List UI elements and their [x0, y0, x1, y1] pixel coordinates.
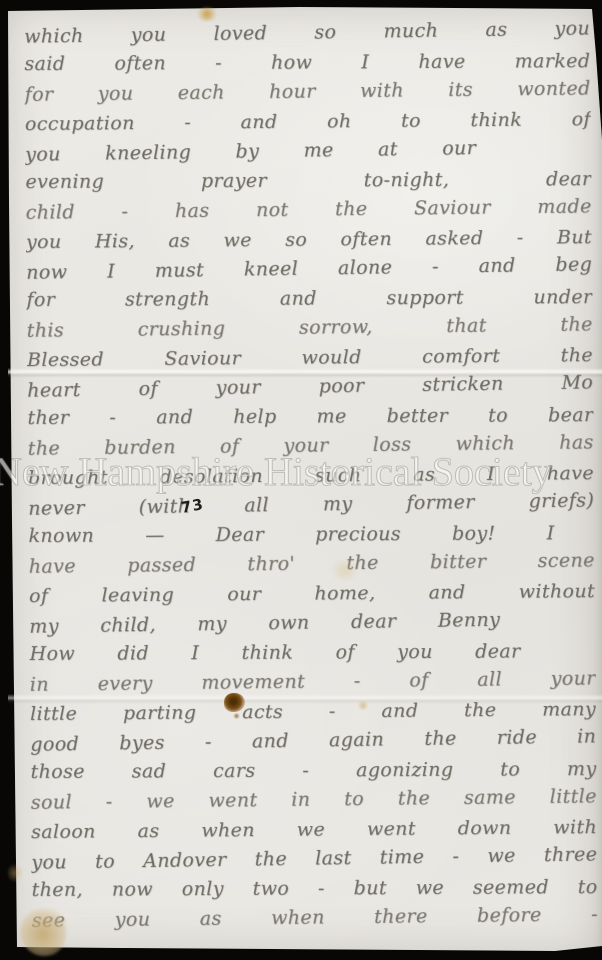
letter-line: see you as when there before -: [32, 900, 598, 936]
letter-body: which you loved so much as yousaid often…: [24, 16, 598, 935]
letter-line: known — Dear precious boy! I: [28, 519, 594, 551]
letter-line: then, now only two - but we seemed to: [32, 873, 598, 905]
letter-line: said often - how I have marked: [24, 47, 590, 79]
letter-line: ther - and help me better to bear: [27, 401, 593, 433]
letter-line: How did I think of you dear: [29, 637, 595, 669]
letter-line: evening prayer to-night, dear: [25, 165, 591, 197]
scanned-letter-page: which you loved so much as yousaid often…: [0, 0, 602, 960]
letter-line: those sad cars - agonizing to my: [30, 755, 596, 787]
letter-line: for strength and support under: [26, 283, 592, 315]
